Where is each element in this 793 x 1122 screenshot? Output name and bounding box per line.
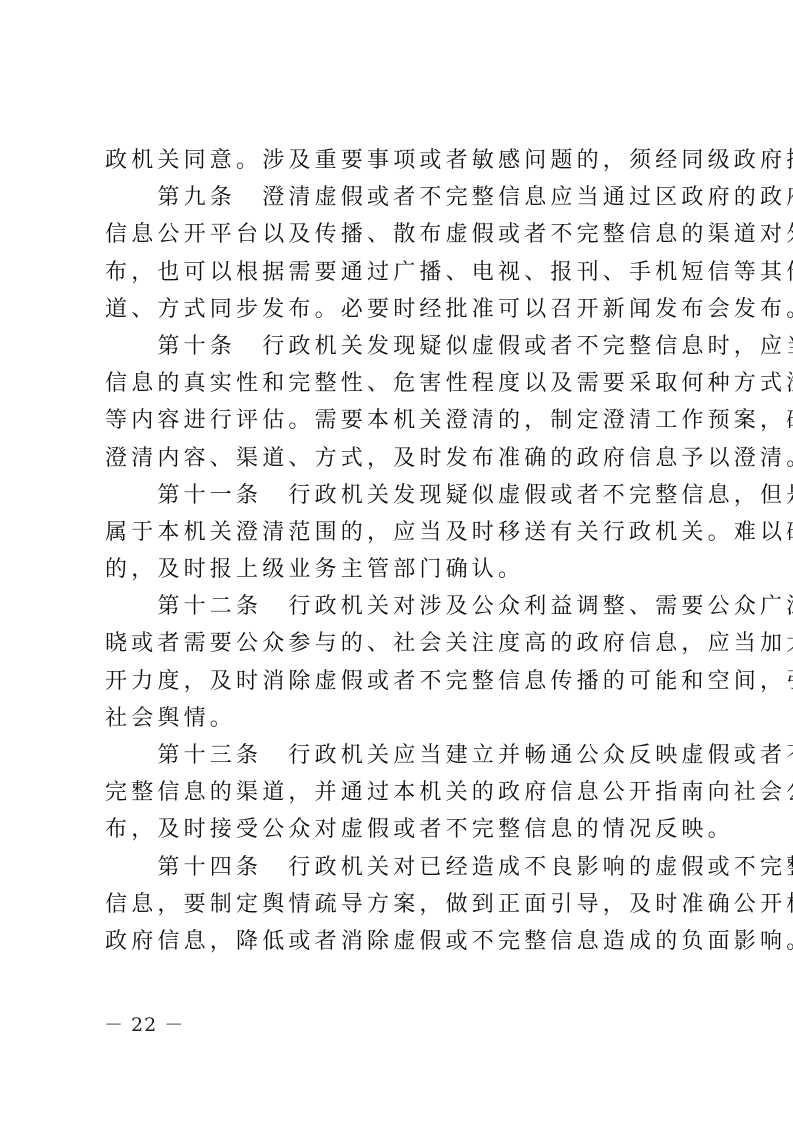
article-13-heading-line: 第十三条 行政机关应当建立并畅通公众反映虚假或者不 [105, 737, 695, 774]
text-line: 道、方式同步发布。必要时经批准可以召开新闻发布会发布。 [105, 291, 695, 328]
article-12-heading-line: 第十二条 行政机关对涉及公众利益调整、需要公众广泛知 [105, 588, 695, 625]
text-line: 社会舆情。 [105, 700, 695, 737]
article-9-heading-line: 第九条 澄清虚假或者不完整信息应当通过区政府的政府 [105, 179, 695, 216]
text-line: 信息公开平台以及传播、散布虚假或者不完整信息的渠道对外发 [105, 216, 695, 253]
text-line: 开力度，及时消除虚假或者不完整信息传播的可能和空间，引导 [105, 663, 695, 700]
text-line: 信息，要制定舆情疏导方案，做到正面引导，及时准确公开相关 [105, 886, 695, 923]
text-line: 澄清内容、渠道、方式，及时发布准确的政府信息予以澄清。 [105, 440, 695, 477]
text-line: 完整信息的渠道，并通过本机关的政府信息公开指南向社会公 [105, 774, 695, 811]
article-11-heading-line: 第十一条 行政机关发现疑似虚假或者不完整信息，但是不 [105, 477, 695, 514]
text-line: 属于本机关澄清范围的，应当及时移送有关行政机关。难以确认 [105, 514, 695, 551]
article-14-heading-line: 第十四条 行政机关对已经造成不良影响的虚假或不完整 [105, 849, 695, 886]
text-line: 晓或者需要公众参与的、社会关注度高的政府信息，应当加大公 [105, 625, 695, 662]
page-number: － 22 － [104, 1010, 184, 1037]
text-line: 信息的真实性和完整性、危害性程度以及需要采取何种方式澄清 [105, 365, 695, 402]
text-line: 布，也可以根据需要通过广播、电视、报刊、手机短信等其他渠 [105, 254, 695, 291]
text-line: 等内容进行评估。需要本机关澄清的，制定澄清工作预案，确定 [105, 402, 695, 439]
document-page: 政机关同意。涉及重要事项或者敏感问题的，须经同级政府批准。 第九条 澄清虚假或者… [0, 0, 793, 1122]
text-line: 的，及时报上级业务主管部门确认。 [105, 551, 695, 588]
text-line: 布，及时接受公众对虚假或者不完整信息的情况反映。 [105, 811, 695, 848]
text-line: 政机关同意。涉及重要事项或者敏感问题的，须经同级政府批准。 [105, 142, 695, 179]
article-10-heading-line: 第十条 行政机关发现疑似虚假或者不完整信息时，应当对 [105, 328, 695, 365]
document-body: 政机关同意。涉及重要事项或者敏感问题的，须经同级政府批准。 第九条 澄清虚假或者… [105, 142, 695, 960]
text-line: 政府信息，降低或者消除虚假或不完整信息造成的负面影响。 [105, 923, 695, 960]
